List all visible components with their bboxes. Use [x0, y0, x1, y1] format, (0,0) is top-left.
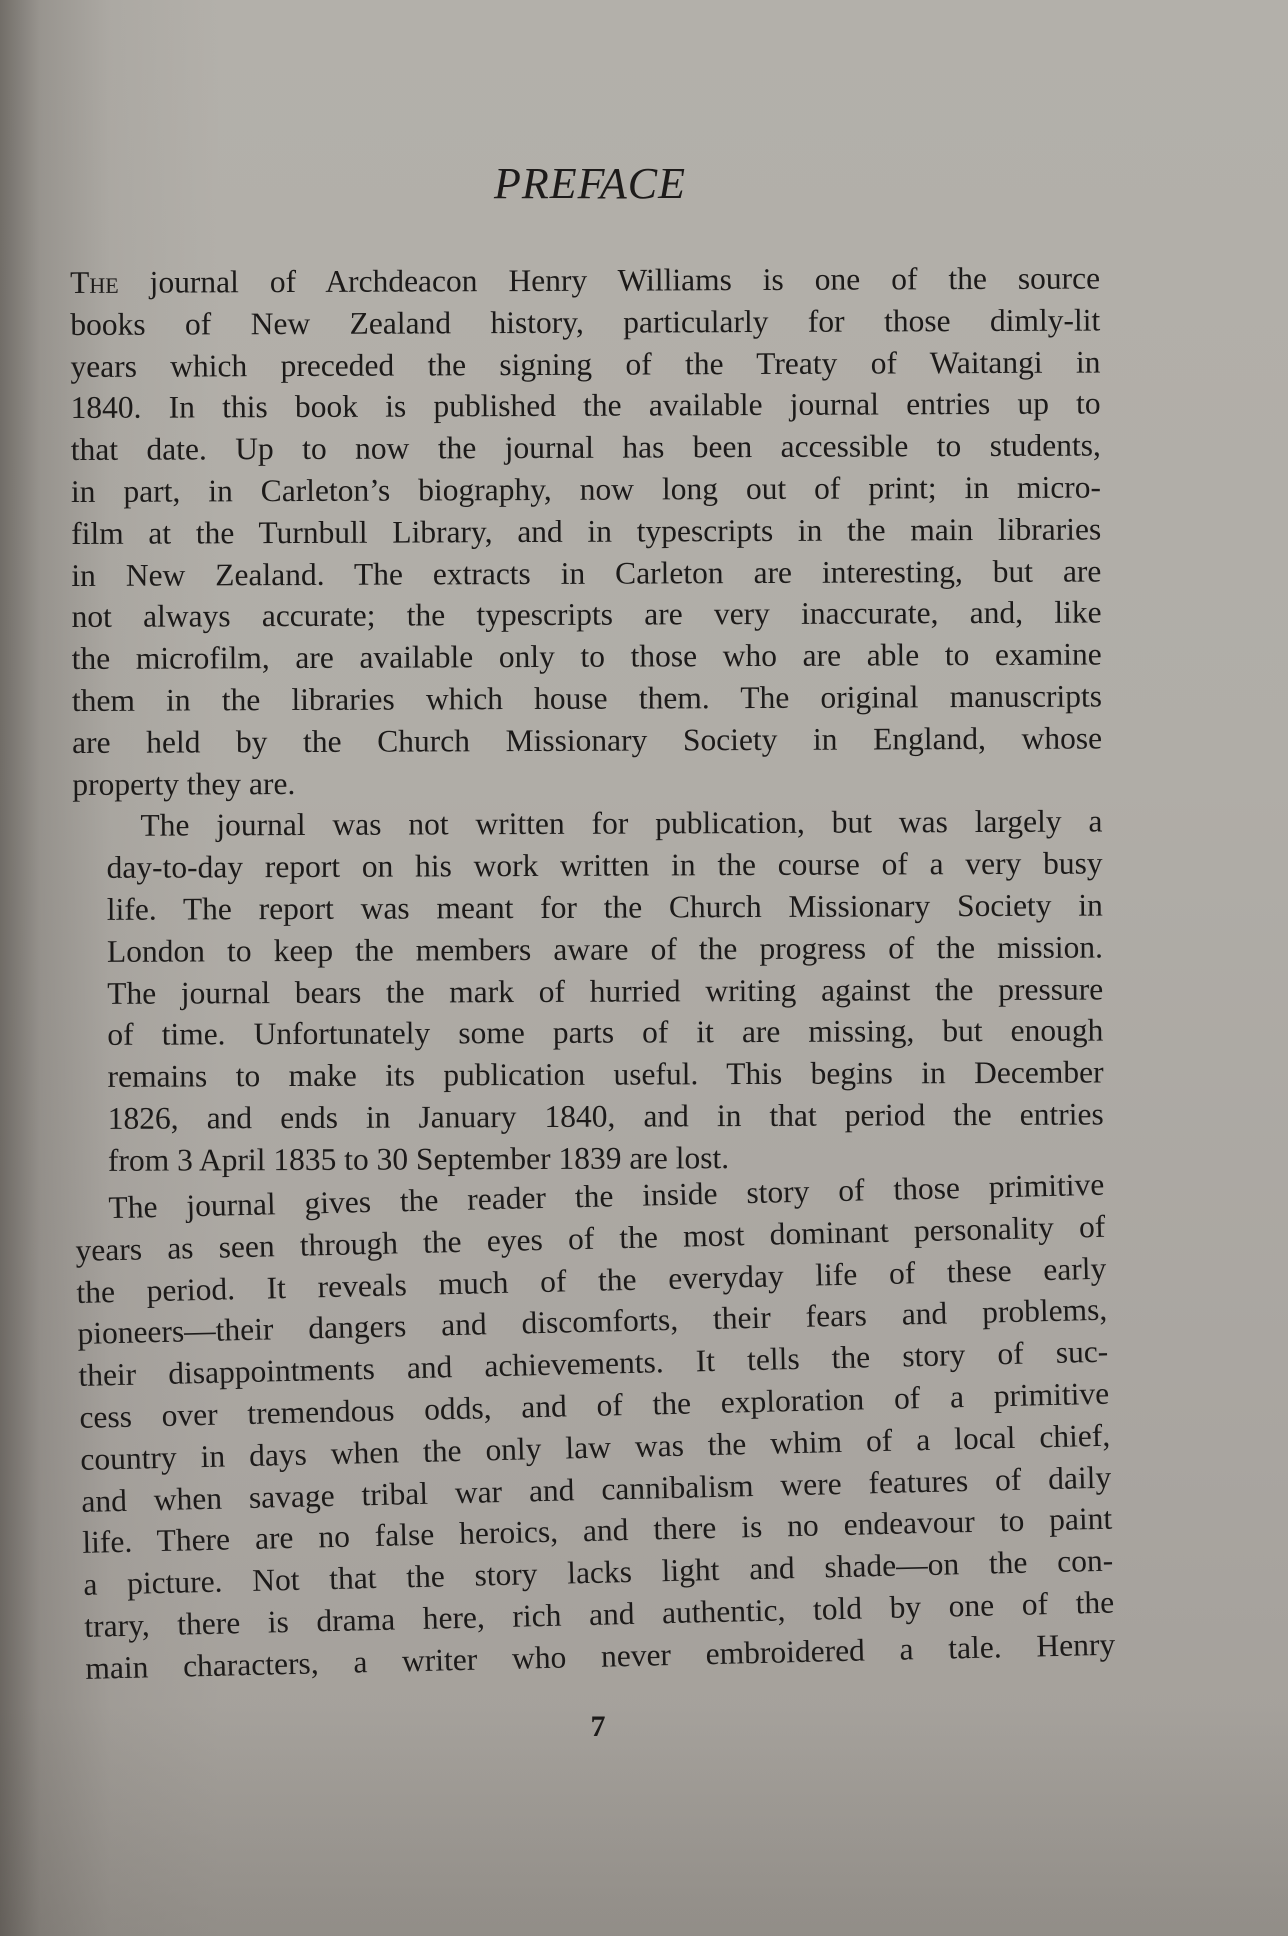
page-title: PREFACE — [0, 158, 1180, 209]
text-line: are held by the Church Missionary Societ… — [72, 717, 1102, 763]
text-line: The journal of Archdeacon Henry Williams… — [70, 258, 1100, 304]
text-line: 1840. In this book is published the avai… — [71, 383, 1101, 429]
text-line: not always accurate; the typescripts are… — [71, 592, 1101, 638]
book-page: PREFACE The journal of Archdeacon Henry … — [0, 0, 1288, 1936]
text-line: film at the Turnbull Library, and in typ… — [71, 508, 1101, 554]
text-line: London to keep the members aware of the … — [73, 926, 1103, 972]
paragraph-2: The journal was not written for publicat… — [72, 801, 1104, 1182]
text-line: life. The report was meant for the Churc… — [73, 884, 1103, 930]
preface-body: The journal of Archdeacon Henry Williams… — [70, 258, 1106, 1690]
lead-smallcaps: The — [70, 265, 119, 300]
text-line: The journal was not written for publicat… — [72, 801, 1102, 847]
text-line: books of New Zealand history, particular… — [70, 299, 1100, 345]
text-line: in part, in Carleton’s biography, now lo… — [71, 466, 1101, 512]
text-line: of time. Unfortunately some parts of it … — [73, 1010, 1103, 1056]
text-line: them in the libraries which house them. … — [72, 675, 1102, 721]
page-number: 7 — [0, 1710, 1196, 1744]
text-line: in New Zealand. The extracts in Carleton… — [71, 550, 1101, 596]
text-line: that date. Up to now the journal has bee… — [71, 425, 1101, 471]
paragraph-3: The journal gives the reader the inside … — [74, 1163, 1116, 1689]
text-line: The journal bears the mark of hurried wr… — [73, 968, 1103, 1014]
text-line: day-to-day report on his work written in… — [73, 843, 1103, 889]
text-line: remains to make its publication useful. … — [73, 1052, 1103, 1098]
text-line: property they are. — [72, 759, 1102, 805]
paragraph-1: The journal of Archdeacon Henry Williams… — [70, 258, 1102, 806]
text-line-content: journal of Archdeacon Henry Williams is … — [119, 261, 1101, 300]
text-line: 1826, and ends in January 1840, and in t… — [74, 1093, 1104, 1139]
text-line: the microfilm, are available only to tho… — [72, 634, 1102, 680]
text-line: years which preceded the signing of the … — [70, 341, 1100, 387]
